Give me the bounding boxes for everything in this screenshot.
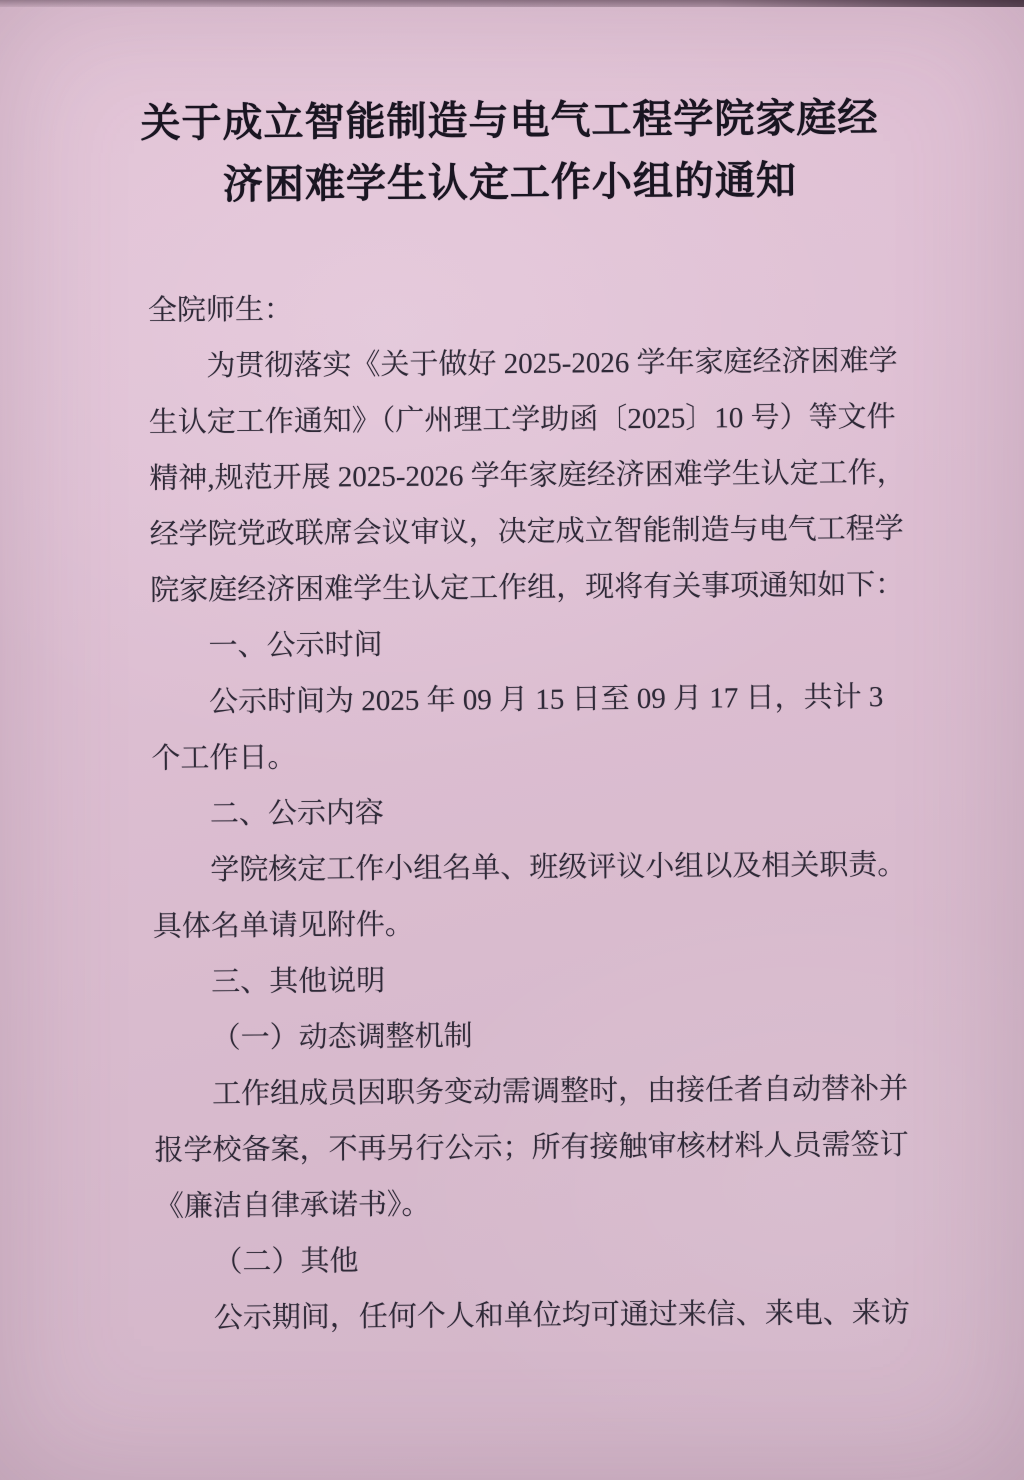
body-line: 一、公示时间 — [150, 612, 975, 674]
body-line: 个工作日。 — [151, 724, 976, 786]
notice-title: 关于成立智能制造与电气工程学院家庭经 济困难学生认定工作小组的通知 — [127, 87, 892, 217]
notice-body: 全院师生： 为贯彻落实《关于做好 2025-2026 学年家庭经济困难学生认定工… — [0, 276, 1024, 1348]
body-line: 报学校备案，不再另行公示；所有接触审核材料人员需签订 — [154, 1116, 979, 1178]
body-line: （二）其他 — [155, 1228, 980, 1290]
body-line: 精神,规范开展 2025-2026 学年家庭经济困难学生认定工作， — [149, 444, 974, 506]
notice-title-line-2: 济困难学生认定工作小组的通知 — [128, 149, 892, 217]
notice-paper: 关于成立智能制造与电气工程学院家庭经 济困难学生认定工作小组的通知 全院师生： … — [0, 0, 1024, 1480]
salutation: 全院师生： — [148, 276, 973, 338]
body-line: 生认定工作通知》（广州理工学助函〔2025〕10 号）等文件 — [149, 388, 974, 450]
notice-title-line-1: 关于成立智能制造与电气工程学院家庭经 — [127, 87, 891, 155]
body-line: 公示期间，任何个人和单位均可通过来信、来电、来访 — [156, 1284, 981, 1346]
body-line: 学院核定工作小组名单、班级评议小组以及相关职责。 — [152, 836, 977, 898]
body-line: 院家庭经济困难学生认定工作组，现将有关事项通知如下： — [150, 556, 975, 618]
body-line: 为贯彻落实《关于做好 2025-2026 学年家庭经济困难学 — [148, 332, 973, 394]
body-line: 具体名单请见附件。 — [153, 892, 978, 954]
body-line: 公示时间为 2025 年 09 月 15 日至 09 月 17 日，共计 3 — [151, 668, 976, 730]
body-line: 工作组成员因职务变动需调整时，由接任者自动替补并 — [154, 1060, 979, 1122]
paper-sheet: 关于成立智能制造与电气工程学院家庭经 济困难学生认定工作小组的通知 全院师生： … — [0, 0, 1024, 1480]
body-line: 三、其他说明 — [153, 948, 978, 1010]
body-lines: 为贯彻落实《关于做好 2025-2026 学年家庭经济困难学生认定工作通知》（广… — [148, 332, 981, 1346]
body-line: 经学院党政联席会议审议，决定成立智能制造与电气工程学 — [149, 500, 974, 562]
body-line: 二、公示内容 — [152, 780, 977, 842]
body-line: 《廉洁自律承诺书》。 — [155, 1172, 980, 1234]
body-line: （一）动态调整机制 — [153, 1004, 978, 1066]
